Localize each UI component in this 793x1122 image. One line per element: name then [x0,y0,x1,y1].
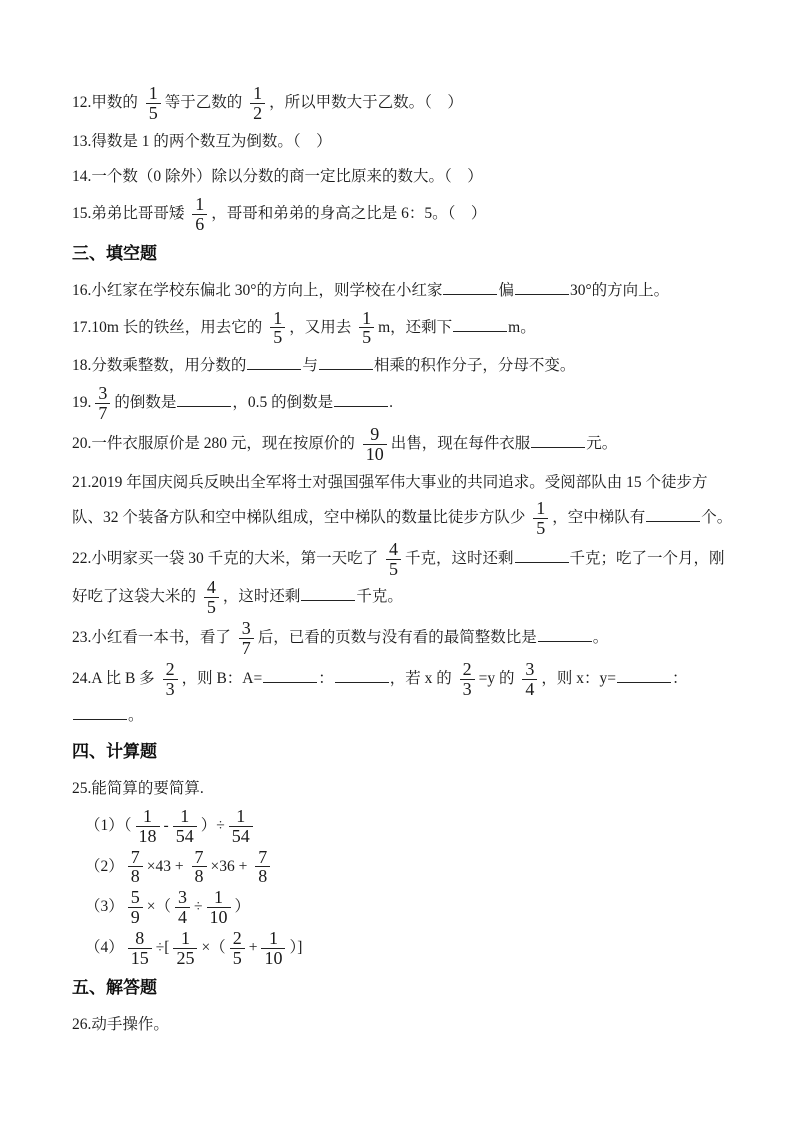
fraction-numerator: 8 [132,929,147,948]
fraction-denominator: 5 [359,327,374,347]
text-run: 个。 [701,509,732,526]
fraction-denominator: 4 [175,907,190,927]
fraction: 37 [239,619,254,658]
section-calculation: 四、计算题 25.能简算的要简算. （1）（118-154）÷154 （2）78… [72,737,735,968]
fraction-numerator: 1 [178,929,193,948]
text-run: + [249,939,258,956]
text-run: ： [318,670,334,687]
section-fill-in-blanks: 三、填空题 16.小红家在学校东偏北 30°的方向上，则学校在小红家偏30°的方… [72,239,735,732]
question-23: 23.小红看一本书，看了 37后，已看的页数与没有看的最简整数比是。 [72,619,735,658]
fraction-numerator: 2 [230,929,245,948]
fraction-numerator: 2 [460,660,475,679]
question-25-part-2: （2）78×43 + 78×36 + 78 [72,848,735,887]
question-25: 25.能简算的要简算. [72,772,735,805]
answer-blank [247,355,301,370]
fraction-denominator: 8 [255,866,270,886]
fraction-denominator: 10 [363,444,387,464]
fraction: 15 [146,84,161,123]
text-run: 20.一件衣服原价是 280 元，现在按原价的 [72,435,359,452]
text-run: 元。 [586,435,617,452]
text-run: ×（ [147,898,171,915]
fraction-numerator: 7 [192,848,207,867]
text-run: ，所以甲数大于乙数。（ ） [269,94,463,111]
fraction-denominator: 5 [386,559,401,579]
text-run: m。 [508,319,536,336]
text-run: 。 [593,629,609,646]
answer-blank [301,586,355,601]
text-run: 24.A 比 B 多 [72,670,159,687]
text-run: 等于乙数的 [165,94,246,111]
text-run: ，空中梯队有 [552,509,645,526]
text-run: 30°的方向上。 [570,282,669,299]
fraction-numerator: 9 [367,425,382,444]
fraction-denominator: 10 [207,907,231,927]
fraction-denominator: 15 [128,948,152,968]
text-run: ） [235,898,251,915]
fraction-denominator: 8 [192,866,207,886]
text-run: ）] [289,939,302,956]
fraction-numerator: 3 [522,660,537,679]
fraction: 78 [128,848,143,887]
fraction-denominator: 5 [533,518,548,538]
fraction: 45 [204,578,219,617]
text-run: ）÷ [201,817,225,834]
text-run: 的倒数是 [114,394,176,411]
text-run: 千克。 [356,588,403,605]
fraction: 59 [128,888,143,927]
text-run: . [389,394,393,411]
question-24: 24.A 比 B 多 23，则 B：A=：，若 x 的 23=y 的 34，则 … [72,660,735,732]
fraction-denominator: 7 [239,638,254,658]
answer-blank [515,280,569,295]
fraction-denominator: 7 [95,403,110,423]
fraction: 45 [386,540,401,579]
worksheet-page: 12.甲数的 15等于乙数的 12，所以甲数大于乙数。（ ） 13.得数是 1 … [0,0,793,1122]
fraction-numerator: 1 [233,807,248,826]
section-heading-fill-in-blanks: 三、填空题 [72,239,735,269]
fraction-denominator: 5 [204,597,219,617]
question-22: 22.小明家买一袋 30 千克的大米，第一天吃了 45千克，这时还剩千克；吃了一… [72,540,735,618]
question-26: 26.动手操作。 [72,1008,735,1041]
text-run: ，若 x 的 [390,670,456,687]
fraction: 78 [255,848,270,887]
text-run: ： [672,670,688,687]
text-run: 14.一个数（0 除外）除以分数的商一定比原来的数大。（ ） [72,168,483,185]
text-run: 16.小红家在学校东偏北 30°的方向上，则学校在小红家 [72,282,442,299]
section-heading-calculation: 四、计算题 [72,737,735,767]
question-19: 19.37的倒数是，0.5 的倒数是. [72,384,735,423]
question-15: 15.弟弟比哥哥矮 16，哥哥和弟弟的身高之比是 6：5。（ ） [72,195,735,234]
answer-blank [538,627,592,642]
text-run: 偏 [498,282,514,299]
fraction-numerator: 1 [177,807,192,826]
fraction-numerator: 4 [386,540,401,559]
fraction: 23 [460,660,475,699]
answer-blank [263,668,317,683]
fraction-denominator: 3 [163,679,178,699]
text-run: ，则 x：y= [541,670,616,687]
text-run: 18.分数乘整数，用分数的 [72,357,246,374]
fraction-numerator: 3 [95,384,110,403]
text-run: 23.小红看一本书，看了 [72,629,235,646]
fraction-denominator: 5 [146,103,161,123]
answer-blank [334,392,388,407]
text-run: ×36 + [211,858,252,875]
fraction-numerator: 2 [163,660,178,679]
fraction-numerator: 1 [140,807,155,826]
text-run: 13.得数是 1 的两个数互为倒数。（ ） [72,133,332,150]
fraction: 23 [163,660,178,699]
answer-blank [646,507,700,522]
answer-blank [531,433,585,448]
fraction-numerator: 7 [128,848,143,867]
question-25-part-4: （4）815÷[125×（25+110）] [72,929,735,968]
fraction-numerator: 3 [239,619,254,638]
fraction-denominator: 54 [173,826,197,846]
fraction: 15 [359,309,374,348]
question-16: 16.小红家在学校东偏北 30°的方向上，则学校在小红家偏30°的方向上。 [72,274,735,307]
question-12: 12.甲数的 15等于乙数的 12，所以甲数大于乙数。（ ） [72,84,735,123]
text-run: 25.能简算的要简算. [72,780,204,797]
fraction: 110 [261,929,285,968]
fraction: 815 [128,929,152,968]
section-judgment-questions: 12.甲数的 15等于乙数的 12，所以甲数大于乙数。（ ） 13.得数是 1 … [72,84,735,234]
fraction: 110 [207,888,231,927]
text-run: m，还剩下 [378,319,452,336]
fraction: 16 [192,195,207,234]
text-run: - [164,817,169,834]
text-run: ÷[ [156,939,170,956]
text-run: ÷ [194,898,203,915]
text-run: （1）（ [85,817,132,834]
text-run: 后，已看的页数与没有看的最简整数比是 [258,629,537,646]
fraction-denominator: 9 [128,907,143,927]
question-20: 20.一件衣服原价是 280 元，现在按原价的 910出售，现在每件衣服元。 [72,425,735,464]
text-run: 17.10m 长的铁丝，用去它的 [72,319,266,336]
section-heading-word-problems: 五、解答题 [72,973,735,1003]
fraction-numerator: 1 [359,309,374,328]
fraction: 910 [363,425,387,464]
text-run: ，哥哥和弟弟的身高之比是 6：5。（ ） [211,205,486,222]
answer-blank [319,355,373,370]
answer-blank [335,668,389,683]
text-run: 26.动手操作。 [72,1016,169,1033]
question-13: 13.得数是 1 的两个数互为倒数。（ ） [72,125,735,158]
answer-blank [443,280,497,295]
fraction-numerator: 1 [192,195,207,214]
text-run: 19. [72,394,91,411]
fraction-numerator: 7 [255,848,270,867]
text-run: 与 [302,357,318,374]
question-17: 17.10m 长的铁丝，用去它的 15，又用去 15m，还剩下m。 [72,309,735,348]
text-run: （3） [85,898,124,915]
text-run: =y 的 [479,670,519,687]
fraction: 34 [522,660,537,699]
answer-blank [617,668,671,683]
fraction-denominator: 5 [270,327,285,347]
question-25-part-3: （3）59×（34÷110） [72,888,735,927]
fraction: 125 [173,929,197,968]
fraction-denominator: 18 [136,826,160,846]
question-18: 18.分数乘整数，用分数的与相乘的积作分子，分母不变。 [72,349,735,382]
question-21: 21.2019 年国庆阅兵反映出全军将士对强国强军伟大事业的共同追求。受阅部队由… [72,466,735,538]
answer-blank [177,392,231,407]
text-run: 22.小明家买一袋 30 千克的大米，第一天吃了 [72,550,382,567]
section-word-problems: 五、解答题 26.动手操作。 [72,973,735,1041]
fraction: 154 [173,807,197,846]
text-run: （4） [85,939,124,956]
fraction-numerator: 1 [250,84,265,103]
question-14: 14.一个数（0 除外）除以分数的商一定比原来的数大。（ ） [72,160,735,193]
fraction-denominator: 3 [460,679,475,699]
fraction: 12 [250,84,265,123]
fraction-denominator: 6 [192,214,207,234]
fraction-numerator: 3 [175,888,190,907]
fraction-denominator: 25 [173,948,197,968]
text-run: 。 [128,707,144,724]
fraction: 25 [230,929,245,968]
fraction-denominator: 54 [229,826,253,846]
fraction-denominator: 2 [250,103,265,123]
text-run: ，这时还剩 [223,588,301,605]
fraction-numerator: 1 [146,84,161,103]
text-run: （2） [85,858,124,875]
fraction-numerator: 1 [533,499,548,518]
fraction: 118 [136,807,160,846]
fraction-numerator: 1 [266,929,281,948]
fraction-numerator: 1 [270,309,285,328]
answer-blank [515,548,569,563]
fraction-numerator: 5 [128,888,143,907]
fraction: 15 [270,309,285,348]
fraction-numerator: 1 [211,888,226,907]
text-run: 相乘的积作分子，分母不变。 [374,357,576,374]
answer-blank [453,317,507,332]
fraction: 34 [175,888,190,927]
fraction: 15 [533,499,548,538]
fraction-denominator: 4 [522,679,537,699]
fraction: 154 [229,807,253,846]
answer-blank [73,705,127,720]
text-run: 15.弟弟比哥哥矮 [72,205,188,222]
text-run: ，则 B：A= [182,670,263,687]
text-run: ×（ [201,939,225,956]
text-run: ，0.5 的倒数是 [232,394,333,411]
text-run: ×43 + [147,858,188,875]
text-run: 出售，现在每件衣服 [391,435,531,452]
question-25-part-1: （1）（118-154）÷154 [72,807,735,846]
fraction: 78 [192,848,207,887]
text-run: 千克，这时还剩 [405,550,514,567]
fraction-denominator: 8 [128,866,143,886]
fraction: 37 [95,384,110,423]
fraction-denominator: 5 [230,948,245,968]
fraction-numerator: 4 [204,578,219,597]
text-run: ，又用去 [289,319,355,336]
fraction-denominator: 10 [261,948,285,968]
text-run: 12.甲数的 [72,94,142,111]
